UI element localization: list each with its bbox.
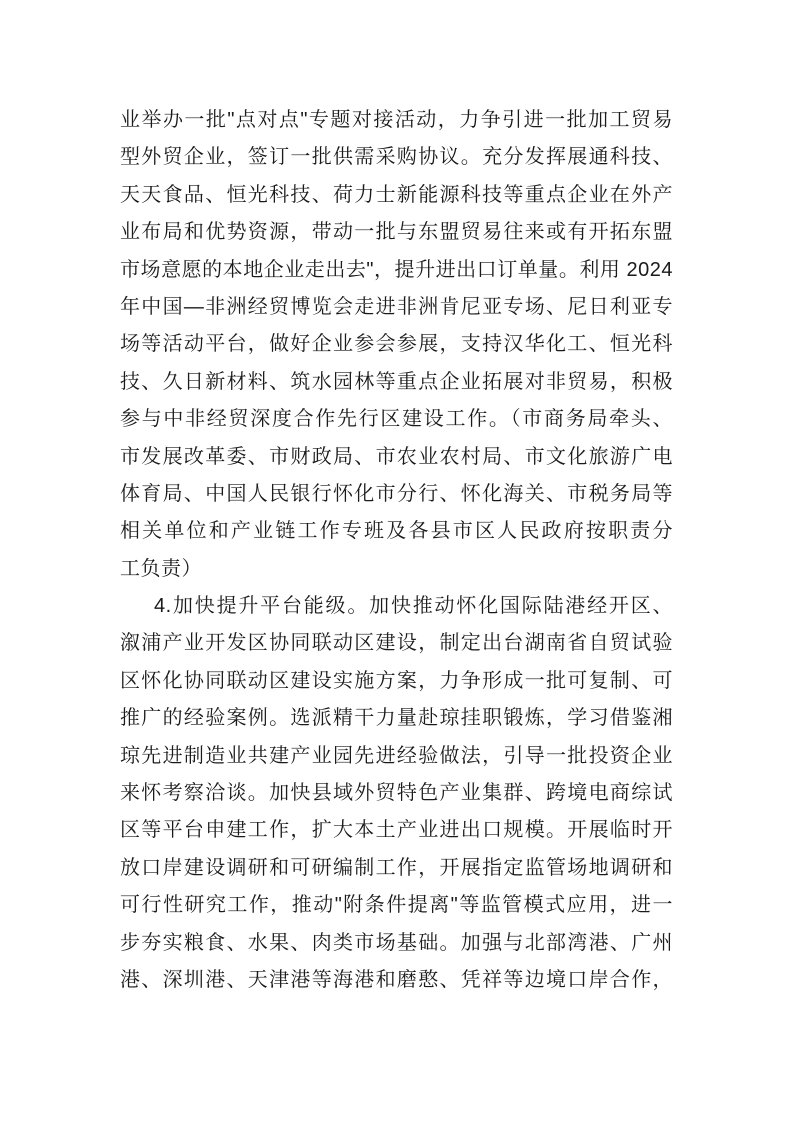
text-line: 场等活动平台，做好企业参会参展，支持汉华化工、恒光科 [120, 326, 673, 363]
text-line: 技、久日新材料、筑水园林等重点企业拓展对非贸易，积极 [120, 364, 673, 401]
text-line: 型外贸企业，签订一批供需采购协议。充分发挥展通科技、 [120, 139, 673, 176]
text-line: 参与中非经贸深度合作先行区建设工作。（市商务局牵头、 [120, 401, 673, 438]
text-line: 溆浦产业开发区协同联动区建设，制定出台湖南省自贸试验 [120, 625, 673, 662]
text-line: 区怀化协同联动区建设实施方案，力争形成一批可复制、可 [120, 663, 673, 700]
text-line: 琼先进制造业共建产业园先进经验做法，引导一批投资企业 [120, 738, 673, 775]
text-line: 步夯实粮食、水果、肉类市场基础。加强与北部湾港、广州 [120, 925, 673, 962]
text-line: 4.加快提升平台能级。加快推动怀化国际陆港经开区、 [120, 588, 673, 625]
text-line: 相关单位和产业链工作专班及各县市区人民政府按职责分 [120, 513, 673, 550]
text-line: 放口岸建设调研和可研编制工作，开展指定监管场地调研和 [120, 850, 673, 887]
text-line: 天天食品、恒光科技、荷力士新能源科技等重点企业在外产 [120, 177, 673, 214]
text-line: 市发展改革委、市财政局、市农业农村局、市文化旅游广电 [120, 439, 673, 476]
text-line: 来怀考察洽谈。加快县域外贸特色产业集群、跨境电商综试 [120, 775, 673, 812]
text-line: 体育局、中国人民银行怀化市分行、怀化海关、市税务局等 [120, 476, 673, 513]
text-line: 业举办一批"点对点"专题对接活动，力争引进一批加工贸易 [120, 102, 673, 139]
document-text-block: 业举办一批"点对点"专题对接活动，力争引进一批加工贸易型外贸企业，签订一批供需采… [120, 102, 673, 999]
text-line: 可行性研究工作，推动"附条件提离"等监管模式应用，进一 [120, 887, 673, 924]
document-page: 业举办一批"点对点"专题对接活动，力争引进一批加工贸易型外贸企业，签订一批供需采… [0, 0, 793, 1122]
text-line: 业布局和优势资源，带动一批与东盟贸易往来或有开拓东盟 [120, 214, 673, 251]
text-line: 推广的经验案例。选派精干力量赴琼挂职锻炼，学习借鉴湘 [120, 700, 673, 737]
text-line: 市场意愿的本地企业走出去"，提升进出口订单量。利用 2024 [120, 252, 673, 289]
text-line: 港、深圳港、天津港等海港和磨憨、凭祥等边境口岸合作， [120, 962, 673, 999]
text-line: 年中国—非洲经贸博览会走进非洲肯尼亚专场、尼日利亚专 [120, 289, 673, 326]
text-line: 区等平台申建工作，扩大本土产业进出口规模。开展临时开 [120, 812, 673, 849]
text-line: 工负责） [120, 551, 673, 588]
